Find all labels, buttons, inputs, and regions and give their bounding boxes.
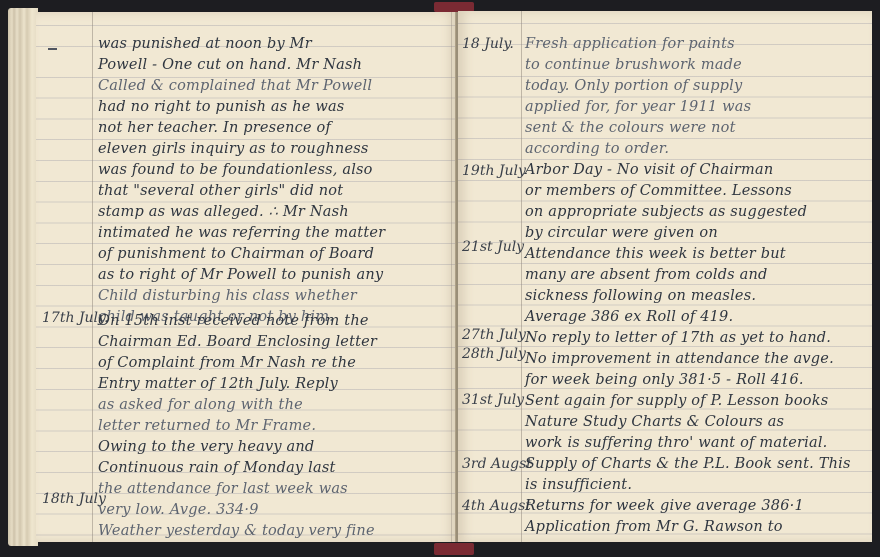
left-page: was punished at noon by Mr Powell - One … [36,12,456,542]
text-line: Child disturbing his class whether [98,286,357,307]
text-line: Entry matter of 12th July. Reply [98,374,338,395]
text-line: many are absent from colds and [525,265,768,286]
text-line: Powell - One cut on hand. Mr Nash [98,55,362,76]
text-line: On 15th inst received note from the [98,311,369,332]
text-line: Returns for week give average 386·1 [525,496,804,517]
text-line: eleven girls inquiry as to roughness [98,139,369,160]
text-line: Called & complained that Mr Powell [98,76,372,97]
text-line: applied for, for year 1911 was [525,97,751,118]
entry-date: 18 July. [462,32,514,56]
text-line: Supply of Charts & the P.L. Book sent. T… [525,454,851,475]
text-line: very low. Avge. 334·9 [98,500,259,521]
book-cover-bottom-tab [434,543,474,555]
text-line: No reply to letter of 17th as yet to han… [525,328,831,349]
text-line: was punished at noon by Mr [98,34,312,55]
text-line: No improvement in attendance the avge. [525,349,834,370]
text-line: or members of Committee. Lessons [525,181,792,202]
left-page-text: was punished at noon by Mr Powell - One … [36,12,456,542]
entry-date: 18th July [42,487,106,511]
page-stack-edge [8,8,38,546]
entry-date: 4th Augst [462,494,531,518]
text-line: today. Only portion of supply [525,76,742,97]
right-page: 18 July. Fresh application for paints to… [458,11,872,542]
text-line: according to order. [525,139,669,160]
text-line: sickness following on measles. [525,286,756,307]
text-line: as asked for along with the [98,395,303,416]
text-line: Chairman Ed. Board Enclosing letter [98,332,377,353]
text-line: Continuous rain of Monday last [98,458,335,479]
text-line: Weather yesterday & today very fine [98,521,375,542]
entry-date: 28th July [462,342,526,366]
text-line: Owing to the very heavy and [98,437,314,458]
text-line: Average 386 ex Roll of 419. [525,307,733,328]
text-line: Sent again for supply of P. Lesson books [525,391,828,412]
text-line: had no right to punish as he was [98,97,344,118]
text-line: Arbor Day - No visit of Chairman [525,160,773,181]
text-line: Nature Study Charts & Colours as [525,412,784,433]
text-line: of Complaint from Mr Nash re the [98,353,356,374]
right-page-text: 18 July. Fresh application for paints to… [458,11,872,542]
text-line: on appropriate subjects as suggested [525,202,807,223]
text-line: intimated he was referring the matter [98,223,385,244]
text-line: stamp as was alleged. ∴ Mr Nash [98,202,349,223]
text-line: was found to be foundationless, also [98,160,373,181]
entry-date: 19th July [462,159,526,183]
text-line: to continue brushwork made [525,55,742,76]
text-line: Application from Mr G. Rawson to [525,517,783,538]
text-line: the attendance for last week was [98,479,348,500]
text-line: Fresh application for paints [525,34,735,55]
text-line: for week being only 381·5 - Roll 416. [525,370,804,391]
text-line: Attendance this week is better but [525,244,786,265]
entry-date: 21st July [462,235,524,259]
text-line: by circular were given on [525,223,718,244]
text-line: work is suffering thro' want of material… [525,433,827,454]
text-line: not her teacher. In presence of [98,118,331,139]
entry-date: 31st July [462,388,524,412]
text-line: is insufficient. [525,475,632,496]
text-line: sent & the colours were not [525,118,736,139]
text-line: of punishment to Chairman of Board [98,244,374,265]
text-line: letter returned to Mr Frame. [98,416,316,437]
text-line: as to right of Mr Powell to punish any [98,265,383,286]
text-line: that "several other girls" did not [98,181,343,202]
entry-date: 3rd Augst [462,452,532,476]
